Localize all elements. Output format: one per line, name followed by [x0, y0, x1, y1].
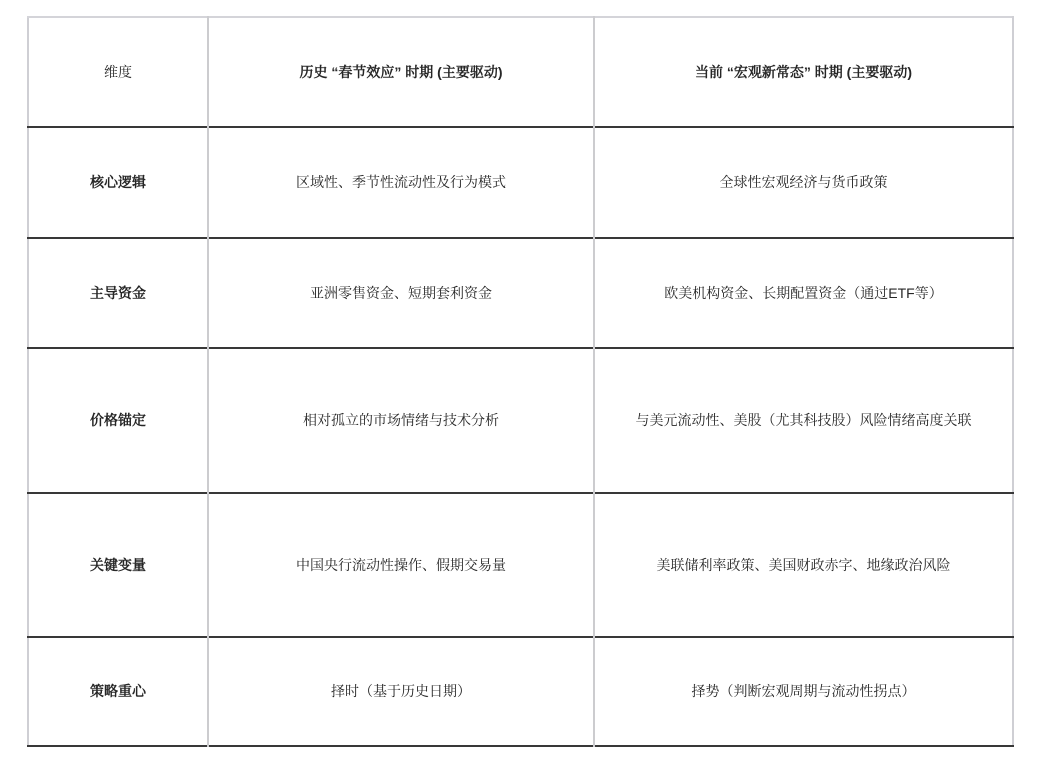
comparison-table: 维度 历史 “春节效应” 时期 (主要驱动) 当前 “宏观新常态” 时期 (主要… — [27, 16, 1014, 747]
row-label-strategy-focus: 策略重心 — [28, 637, 208, 746]
cell-price-anchor-current: 与美元流动性、美股（尤其科技股）风险情绪高度关联 — [594, 348, 1013, 493]
cell-key-variables-current: 美联储利率政策、美国财政赤字、地缘政治风险 — [594, 493, 1013, 637]
header-historical-period: 历史 “春节效应” 时期 (主要驱动) — [208, 17, 594, 127]
header-current-period: 当前 “宏观新常态” 时期 (主要驱动) — [594, 17, 1013, 127]
row-label-dominant-capital: 主导资金 — [28, 238, 208, 348]
table-row: 策略重心 择时（基于历史日期） 择势（判断宏观周期与流动性拐点） — [28, 637, 1013, 746]
header-dimension: 维度 — [28, 17, 208, 127]
row-label-key-variables: 关键变量 — [28, 493, 208, 637]
cell-dominant-capital-current: 欧美机构资金、长期配置资金（通过ETF等） — [594, 238, 1013, 348]
cell-dominant-capital-historical: 亚洲零售资金、短期套利资金 — [208, 238, 594, 348]
table-row: 主导资金 亚洲零售资金、短期套利资金 欧美机构资金、长期配置资金（通过ETF等） — [28, 238, 1013, 348]
row-label-core-logic: 核心逻辑 — [28, 127, 208, 238]
cell-price-anchor-historical: 相对孤立的市场情绪与技术分析 — [208, 348, 594, 493]
row-label-price-anchor: 价格锚定 — [28, 348, 208, 493]
cell-strategy-focus-historical: 择时（基于历史日期） — [208, 637, 594, 746]
cell-strategy-focus-current: 择势（判断宏观周期与流动性拐点） — [594, 637, 1013, 746]
table-row: 价格锚定 相对孤立的市场情绪与技术分析 与美元流动性、美股（尤其科技股）风险情绪… — [28, 348, 1013, 493]
table-row: 关键变量 中国央行流动性操作、假期交易量 美联储利率政策、美国财政赤字、地缘政治… — [28, 493, 1013, 637]
cell-core-logic-current: 全球性宏观经济与货币政策 — [594, 127, 1013, 238]
table-row: 核心逻辑 区域性、季节性流动性及行为模式 全球性宏观经济与货币政策 — [28, 127, 1013, 238]
table-header-row: 维度 历史 “春节效应” 时期 (主要驱动) 当前 “宏观新常态” 时期 (主要… — [28, 17, 1013, 127]
cell-key-variables-historical: 中国央行流动性操作、假期交易量 — [208, 493, 594, 637]
cell-core-logic-historical: 区域性、季节性流动性及行为模式 — [208, 127, 594, 238]
